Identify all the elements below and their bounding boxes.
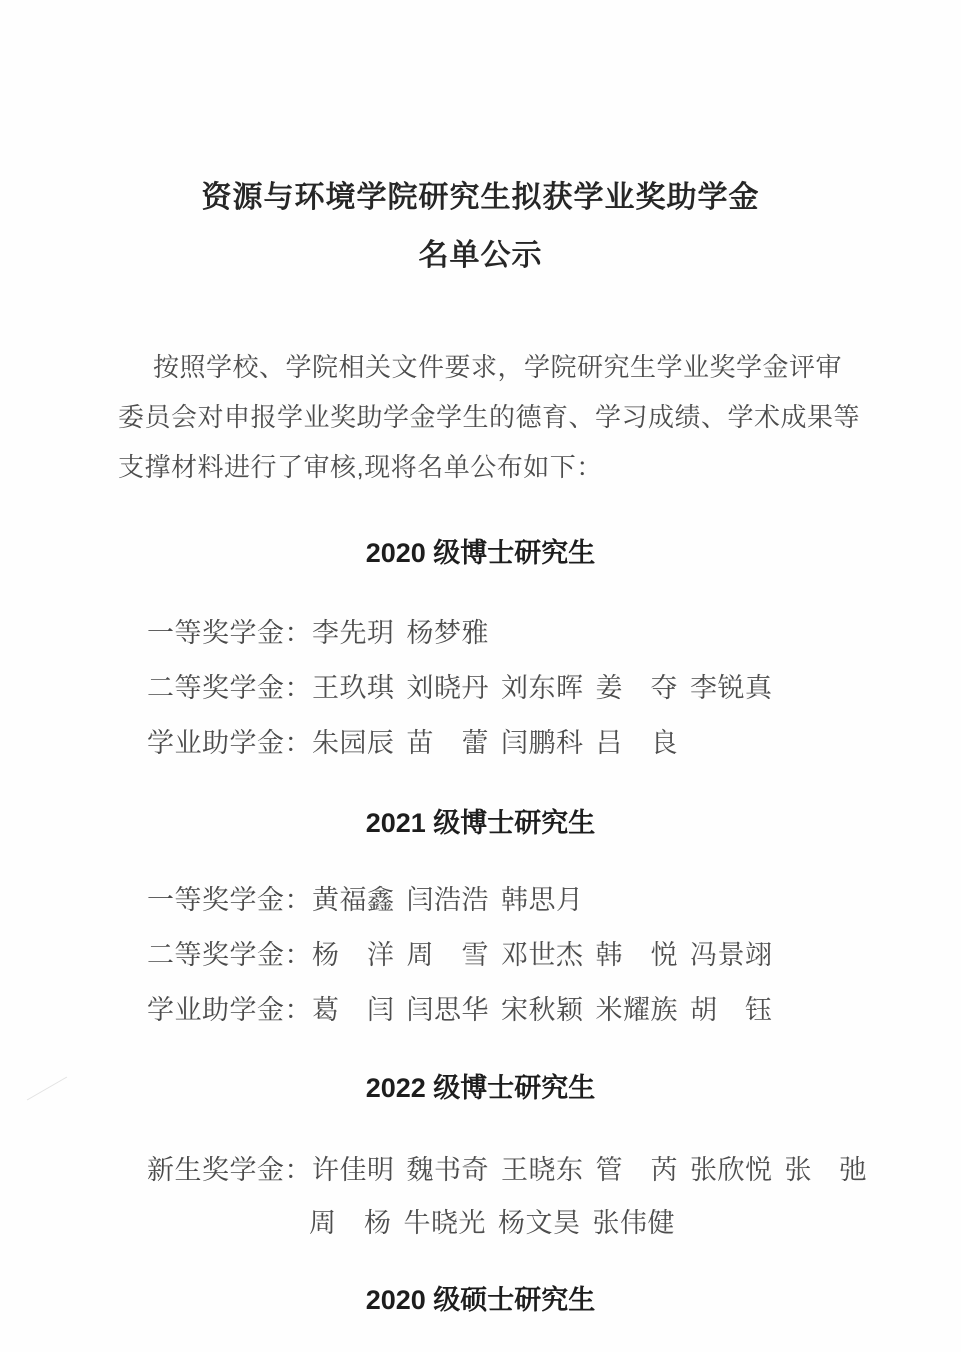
award-line: 学业助学金：葛 闫 闫思华 宋秋颖 米耀族 胡 钰 — [147, 994, 961, 1027]
award-names: 王玖琪 刘晓丹 刘东晖 姜 夺 李锐真 — [312, 673, 773, 703]
award-line: 学业助学金：朱园辰 苗 蕾 闫鹏科 吕 良 — [147, 727, 961, 760]
award-names: 许佳明 魏书奇 王晓东 管 芮 张欣悦 张 弛 — [312, 1155, 867, 1185]
award-names-continuation: 周 杨 牛晓光 杨文昊 张伟健 — [309, 1207, 961, 1240]
intro-paragraph: 按照学校、学院相关文件要求，学院研究生学业奖学金评审 委员会对申报学业奖助学金学… — [118, 342, 861, 492]
award-line: 二等奖学金：王玖琪 刘晓丹 刘东晖 姜 夺 李锐真 — [147, 672, 961, 705]
award-label: 一等奖学金： — [147, 618, 312, 648]
award-line: 一等奖学金：黄福鑫 闫浩浩 韩思月 — [147, 884, 961, 917]
award-names: 杨 洋 周 雪 邓世杰 韩 悦 冯景翊 — [312, 940, 773, 970]
document-title-line1: 资源与环境学院研究生拟获学业奖助学金 — [0, 180, 961, 216]
award-names: 朱园辰 苗 蕾 闫鹏科 吕 良 — [312, 728, 678, 758]
award-line: 二等奖学金：杨 洋 周 雪 邓世杰 韩 悦 冯景翊 — [147, 939, 961, 972]
section-heading-2020-masters: 2020 级硕士研究生 — [0, 1284, 961, 1317]
section-heading-2021-phd: 2021 级博士研究生 — [0, 807, 961, 840]
intro-line-1: 按照学校、学院相关文件要求，学院研究生学业奖学金评审 — [118, 342, 861, 392]
award-label: 一等奖学金： — [147, 885, 312, 915]
intro-line-3: 支撑材料进行了审核,现将名单公布如下： — [118, 442, 861, 492]
award-line: 一等奖学金：李先玥 杨梦雅 — [147, 617, 961, 650]
award-names: 黄福鑫 闫浩浩 韩思月 — [312, 885, 584, 915]
award-label: 学业助学金： — [147, 728, 312, 758]
document-title-line2: 名单公示 — [0, 238, 961, 274]
award-label: 新生奖学金： — [147, 1155, 312, 1185]
document-page: 资源与环境学院研究生拟获学业奖助学金 名单公示 按照学校、学院相关文件要求，学院… — [0, 0, 961, 1352]
award-label: 二等奖学金： — [147, 940, 312, 970]
award-names: 李先玥 杨梦雅 — [312, 618, 489, 648]
award-label: 二等奖学金： — [147, 673, 312, 703]
award-names: 葛 闫 闫思华 宋秋颖 米耀族 胡 钰 — [312, 995, 773, 1025]
award-label: 学业助学金： — [147, 995, 312, 1025]
section-heading-2020-phd: 2020 级博士研究生 — [0, 537, 961, 570]
section-heading-2022-phd: 2022 级博士研究生 — [0, 1072, 961, 1105]
intro-line-2: 委员会对申报学业奖助学金学生的德育、学习成绩、学术成果等 — [118, 392, 861, 442]
award-line: 新生奖学金：许佳明 魏书奇 王晓东 管 芮 张欣悦 张 弛 — [147, 1154, 961, 1187]
